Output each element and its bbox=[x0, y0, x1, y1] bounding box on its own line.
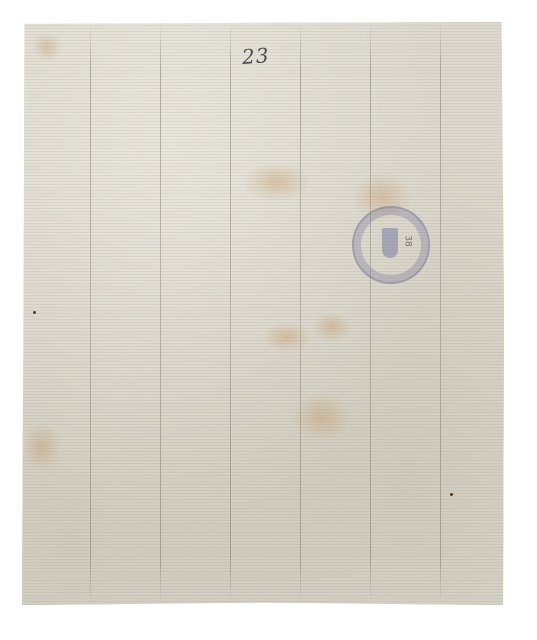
foxing-stain bbox=[262, 322, 312, 352]
chain-line bbox=[90, 22, 91, 605]
manuscript-sheet bbox=[22, 22, 504, 605]
foxing-stain bbox=[312, 312, 352, 342]
chain-line bbox=[230, 22, 231, 605]
stamp-number: 38 bbox=[403, 235, 413, 246]
pin-hole bbox=[450, 493, 453, 496]
chain-line bbox=[300, 22, 301, 605]
foxing-stain bbox=[22, 422, 62, 472]
crest-icon bbox=[382, 228, 398, 258]
foxing-stain bbox=[292, 392, 352, 442]
foxing-stain bbox=[32, 32, 62, 62]
library-stamp: 38 bbox=[352, 206, 430, 284]
folio-number: 23 bbox=[241, 43, 270, 69]
chain-line bbox=[160, 22, 161, 605]
foxing-stain bbox=[242, 162, 312, 202]
chain-line bbox=[440, 22, 441, 605]
chain-line bbox=[370, 22, 371, 605]
pin-hole bbox=[33, 311, 36, 314]
